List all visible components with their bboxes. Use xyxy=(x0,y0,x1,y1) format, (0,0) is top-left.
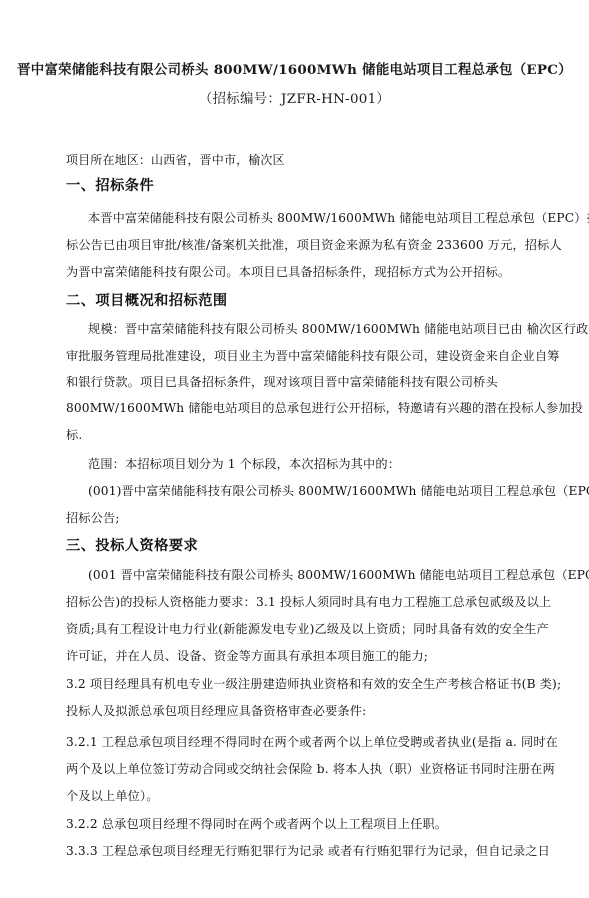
section-heading-project-overview: 二、项目概况和招标范围 xyxy=(66,292,228,310)
document-page: 晋中富荣储能科技有限公司桥头 800MW/1600MWh 储能电站项目工程总承包… xyxy=(0,0,589,898)
paragraph-line: 招标公告; xyxy=(66,510,120,526)
paragraph-line: 投标人及拟派总承包项目经理应具备资格审查必要条件: xyxy=(66,703,366,719)
paragraph-line: 3.2.2 总承包项目经理不得同时在两个或者两个以上工程项目上任职。 xyxy=(66,816,447,832)
paragraph-line: 本晋中富荣储能科技有限公司桥头 800MW/1600MWh 储能电站项目工程总承… xyxy=(88,210,589,226)
tender-number: （招标编号：JZFR-HN-001） xyxy=(0,91,589,109)
paragraph-line: 两个及以上单位签订劳动合同或交纳社会保险 b. 将本人执（职）业资格证书同时注册… xyxy=(66,761,555,777)
paragraph-line: 3.3.3 工程总承包项目经理无行贿犯罪行为记录 或者有行贿犯罪行为记录，但自记… xyxy=(66,843,550,859)
paragraph-line: 和银行贷款。项目已具备招标条件，现对该项目晋中富荣储能科技有限公司桥头 xyxy=(66,374,498,390)
paragraph-line: (001 晋中富荣储能科技有限公司桥头 800MW/1600MWh 储能电站项目… xyxy=(88,567,589,583)
paragraph-line: 规模：晋中富荣储能科技有限公司桥头 800MW/1600MWh 储能电站项目已由… xyxy=(88,321,588,337)
paragraph-line: 800MW/1600MWh 储能电站项目的总承包进行公开招标，特邀请有兴趣的潜在… xyxy=(66,400,583,416)
document-title: 晋中富荣储能科技有限公司桥头 800MW/1600MWh 储能电站项目工程总承包… xyxy=(0,61,589,79)
section-heading-bidding-conditions: 一、招标条件 xyxy=(66,177,154,195)
paragraph-line: 范围：本招标项目划分为 1 个标段，本次招标为其中的： xyxy=(88,456,400,472)
paragraph-line: 资质;具有工程设计电力行业(新能源发电专业)乙级及以上资质；同时具备有效的安全生… xyxy=(66,621,549,637)
paragraph-line: 个及以上单位）。 xyxy=(66,788,159,804)
paragraph-line: 为晋中富荣储能科技有限公司。本项目已具备招标条件，现招标方式为公开招标。 xyxy=(66,264,510,280)
paragraph-line: (001)晋中富荣储能科技有限公司桥头 800MW/1600MWh 储能电站项目… xyxy=(88,483,589,499)
section-heading-bidder-qualifications: 三、投标人资格要求 xyxy=(66,537,198,555)
paragraph-line: 标公告已由项目审批/核准/备案机关批准，项目资金来源为私有资金 233600 万… xyxy=(66,237,562,253)
paragraph-line: 3.2 项目经理具有机电专业一级注册建造师执业资格和有效的安全生产考核合格证书(… xyxy=(66,676,561,692)
paragraph-line: 标. xyxy=(66,427,82,443)
paragraph-line: 3.2.1 工程总承包项目经理不得同时在两个或者两个以上单位受聘或者执业(是指 … xyxy=(66,734,558,750)
paragraph-line: 审批服务管理局批准建设，项目业主为晋中富荣储能科技有限公司，建设资金来自企业自筹 xyxy=(66,348,560,364)
paragraph-line: 招标公告)的投标人资格能力要求：3.1 投标人须同时具有电力工程施工总承包贰级及… xyxy=(66,594,551,610)
paragraph-line: 许可证，并在人员、设备、资金等方面具有承担本项目施工的能力; xyxy=(66,648,428,664)
project-location: 项目所在地区：山西省，晋中市，榆次区 xyxy=(66,152,285,168)
